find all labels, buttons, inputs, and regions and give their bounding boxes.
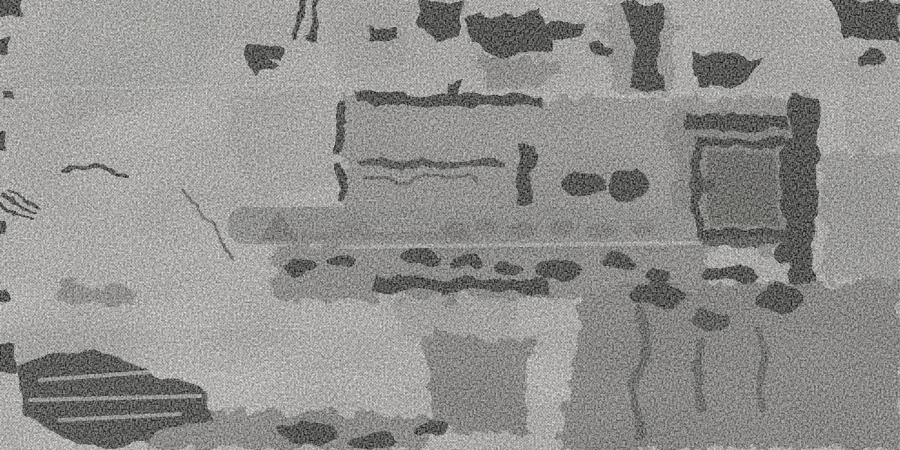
halftone-photo-canvas bbox=[0, 0, 900, 450]
grain-white-overlay bbox=[0, 0, 900, 450]
halftone-photo bbox=[0, 0, 900, 450]
